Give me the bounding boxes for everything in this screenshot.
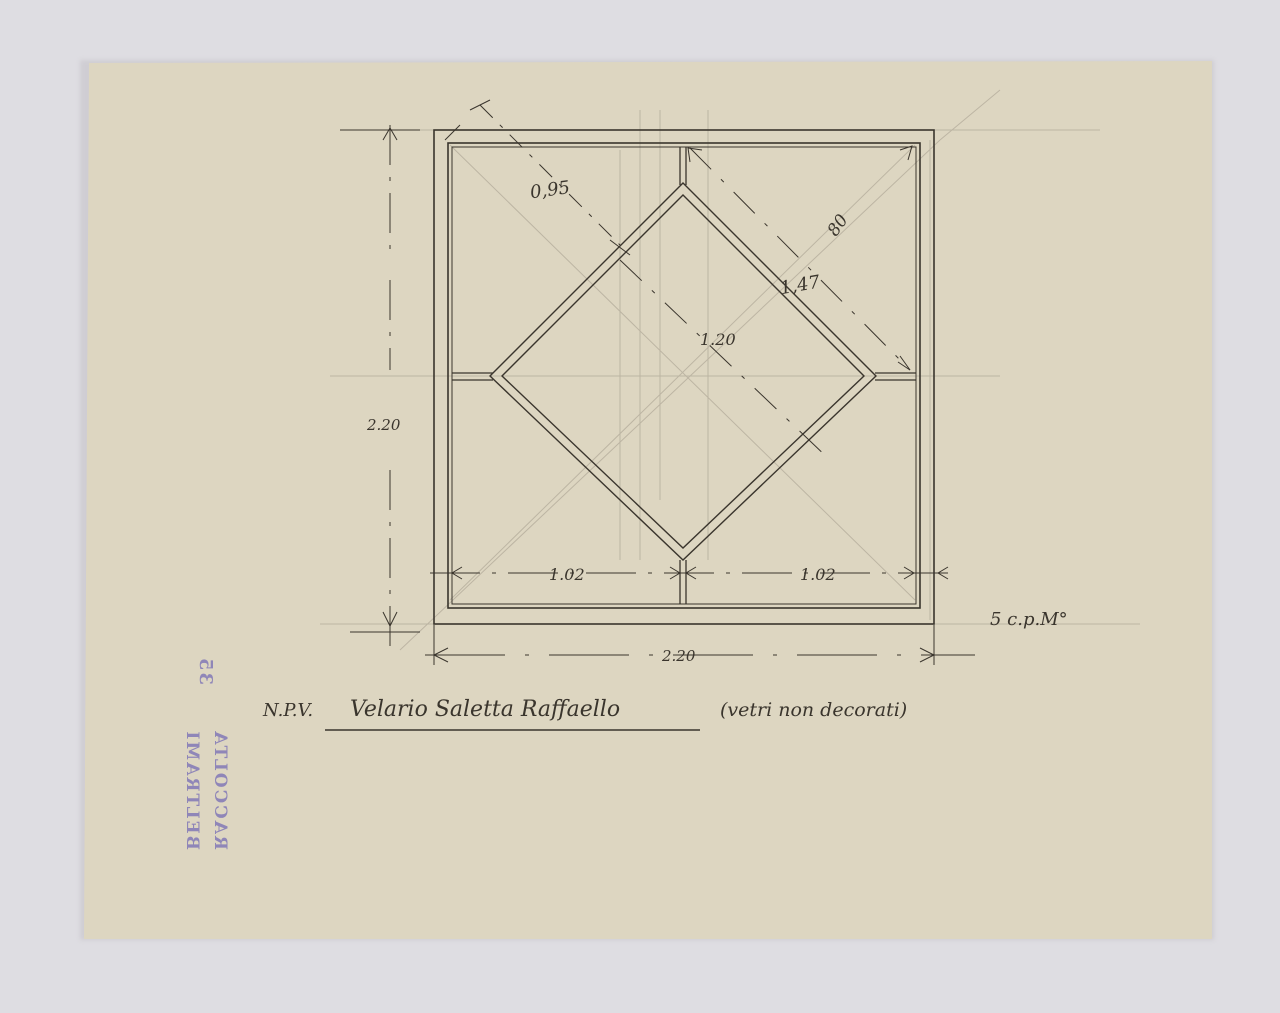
stamp-number: 35 xyxy=(195,656,216,685)
caption-prefix: N.P.V. xyxy=(262,700,313,721)
dimension-label-inner-diagonal: 1.20 xyxy=(700,330,736,349)
scale-note: 5 c.p.M° xyxy=(990,609,1068,630)
stamp-line-2: BELTRAMI xyxy=(182,729,202,850)
caption-note: (vetri non decorati) xyxy=(720,699,907,721)
dimension-label-diagonal-half: 0,95 xyxy=(529,177,572,203)
dimension-lines xyxy=(340,100,975,665)
construction-lines xyxy=(320,90,1140,650)
dimension-label-angle: 80 xyxy=(824,211,853,240)
window-plan-drawing: 0,95 1,47 1.20 80 2.20 2.20 1.02 1.02 5 … xyxy=(0,0,1280,1013)
caption-title: Velario Saletta Raffaello xyxy=(350,697,620,722)
collection-stamp: RACCOLTA BELTRAMI 35 xyxy=(160,640,240,840)
dimension-label-bottom-right: 1.02 xyxy=(800,565,836,584)
stamp-line-1: RACCOLTA xyxy=(210,729,230,850)
dimension-label-width: 2.20 xyxy=(661,647,696,665)
dimension-label-bottom-left: 1.02 xyxy=(549,565,585,584)
dimension-label-height: 2.20 xyxy=(366,416,401,434)
outer-frame xyxy=(434,130,934,624)
dimension-label-diamond-side: 1,47 xyxy=(778,271,822,299)
